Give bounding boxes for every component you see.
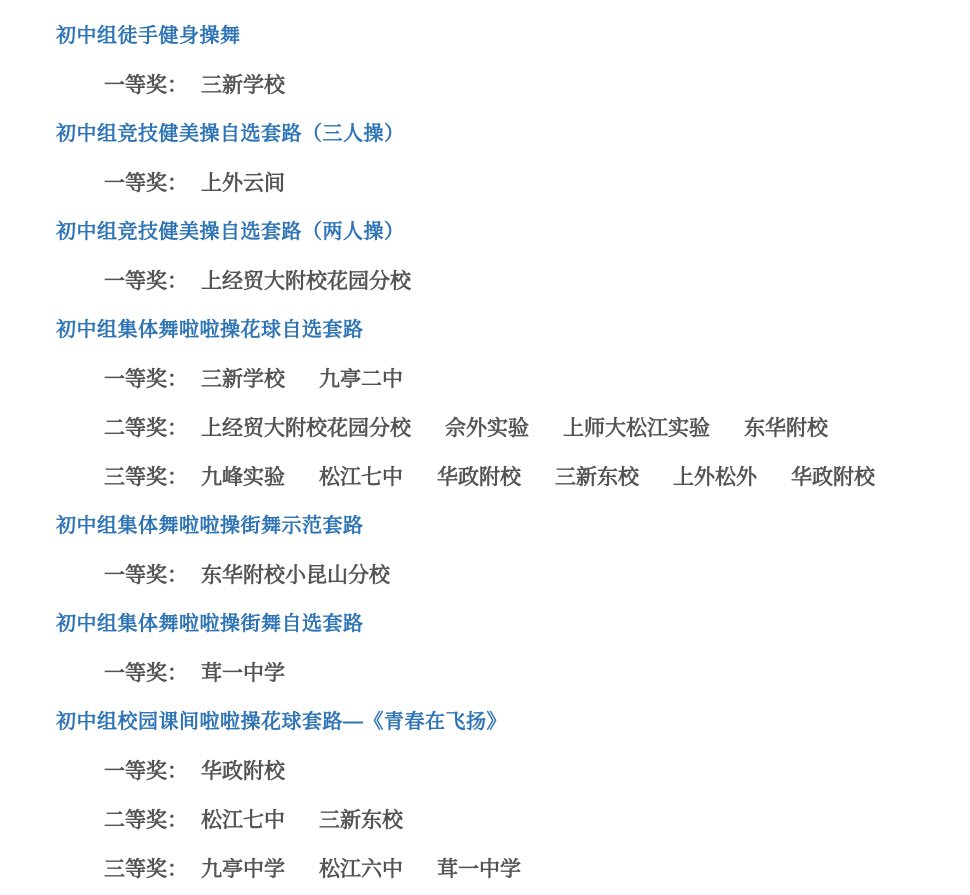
award-line: 三等奖：九峰实验松江七中华政附校三新东校上外松外华政附校	[56, 453, 950, 502]
school-name: 东华附校小昆山分校	[201, 564, 390, 587]
school-name: 松江六中	[319, 858, 403, 881]
award-line: 一等奖：三新学校九亭二中	[56, 355, 950, 404]
school-name: 佘外实验	[445, 417, 529, 440]
award-line: 二等奖：松江七中三新东校	[56, 796, 950, 845]
school-name: 三新东校	[319, 809, 403, 832]
award-rank-label: 一等奖：	[104, 74, 188, 97]
award-rank-label: 一等奖：	[104, 760, 188, 783]
award-rank-label: 二等奖：	[104, 417, 188, 440]
award-line: 一等奖：三新学校	[56, 61, 950, 110]
award-section: 初中组竞技健美操自选套路（三人操）一等奖：上外云间	[56, 110, 950, 208]
award-line: 一等奖：东华附校小昆山分校	[56, 551, 950, 600]
award-rank-label: 一等奖：	[104, 564, 188, 587]
award-section: 初中组校园课间啦啦操花球套路—《青春在飞扬》一等奖：华政附校二等奖：松江七中三新…	[56, 698, 950, 894]
award-rank-label: 二等奖：	[104, 809, 188, 832]
category-heading: 初中组竞技健美操自选套路（两人操）	[56, 208, 950, 257]
school-name: 上外松外	[673, 466, 757, 489]
school-name: 茸一中学	[437, 858, 521, 881]
award-section: 初中组集体舞啦啦操街舞自选套路一等奖：茸一中学	[56, 600, 950, 698]
award-section: 初中组竞技健美操自选套路（两人操）一等奖：上经贸大附校花园分校	[56, 208, 950, 306]
school-name: 九亭中学	[201, 858, 285, 881]
school-name: 上经贸大附校花园分校	[201, 270, 411, 293]
school-name: 三新学校	[201, 368, 285, 391]
category-heading: 初中组校园课间啦啦操花球套路—《青春在飞扬》	[56, 698, 950, 747]
category-heading: 初中组徒手健身操舞	[56, 12, 950, 61]
school-name: 上师大松江实验	[563, 417, 710, 440]
award-rank-label: 三等奖：	[104, 466, 188, 489]
school-name: 三新学校	[201, 74, 285, 97]
award-rank-label: 一等奖：	[104, 368, 188, 391]
school-name: 九峰实验	[201, 466, 285, 489]
school-name: 华政附校	[437, 466, 521, 489]
school-name: 华政附校	[201, 760, 285, 783]
award-rank-label: 三等奖：	[104, 858, 188, 881]
award-line: 一等奖：上外云间	[56, 159, 950, 208]
award-section: 初中组徒手健身操舞一等奖：三新学校	[56, 12, 950, 110]
school-name: 上外云间	[201, 172, 285, 195]
award-rank-label: 一等奖：	[104, 662, 188, 685]
award-line: 一等奖：茸一中学	[56, 649, 950, 698]
category-heading: 初中组集体舞啦啦操街舞示范套路	[56, 502, 950, 551]
award-rank-label: 一等奖：	[104, 172, 188, 195]
school-name: 上经贸大附校花园分校	[201, 417, 411, 440]
award-section: 初中组集体舞啦啦操花球自选套路一等奖：三新学校九亭二中二等奖：上经贸大附校花园分…	[56, 306, 950, 502]
school-name: 华政附校	[791, 466, 875, 489]
award-section: 初中组集体舞啦啦操街舞示范套路一等奖：东华附校小昆山分校	[56, 502, 950, 600]
category-heading: 初中组竞技健美操自选套路（三人操）	[56, 110, 950, 159]
award-rank-label: 一等奖：	[104, 270, 188, 293]
school-name: 九亭二中	[319, 368, 403, 391]
award-line: 一等奖：华政附校	[56, 747, 950, 796]
school-name: 松江七中	[319, 466, 403, 489]
school-name: 茸一中学	[201, 662, 285, 685]
award-line: 二等奖：上经贸大附校花园分校佘外实验上师大松江实验东华附校	[56, 404, 950, 453]
award-line: 一等奖：上经贸大附校花园分校	[56, 257, 950, 306]
school-name: 东华附校	[744, 417, 828, 440]
award-line: 三等奖：九亭中学松江六中茸一中学	[56, 845, 950, 894]
school-name: 三新东校	[555, 466, 639, 489]
category-heading: 初中组集体舞啦啦操花球自选套路	[56, 306, 950, 355]
school-name: 松江七中	[201, 809, 285, 832]
award-results-document: 初中组徒手健身操舞一等奖：三新学校初中组竞技健美操自选套路（三人操）一等奖：上外…	[0, 0, 970, 895]
category-heading: 初中组集体舞啦啦操街舞自选套路	[56, 600, 950, 649]
